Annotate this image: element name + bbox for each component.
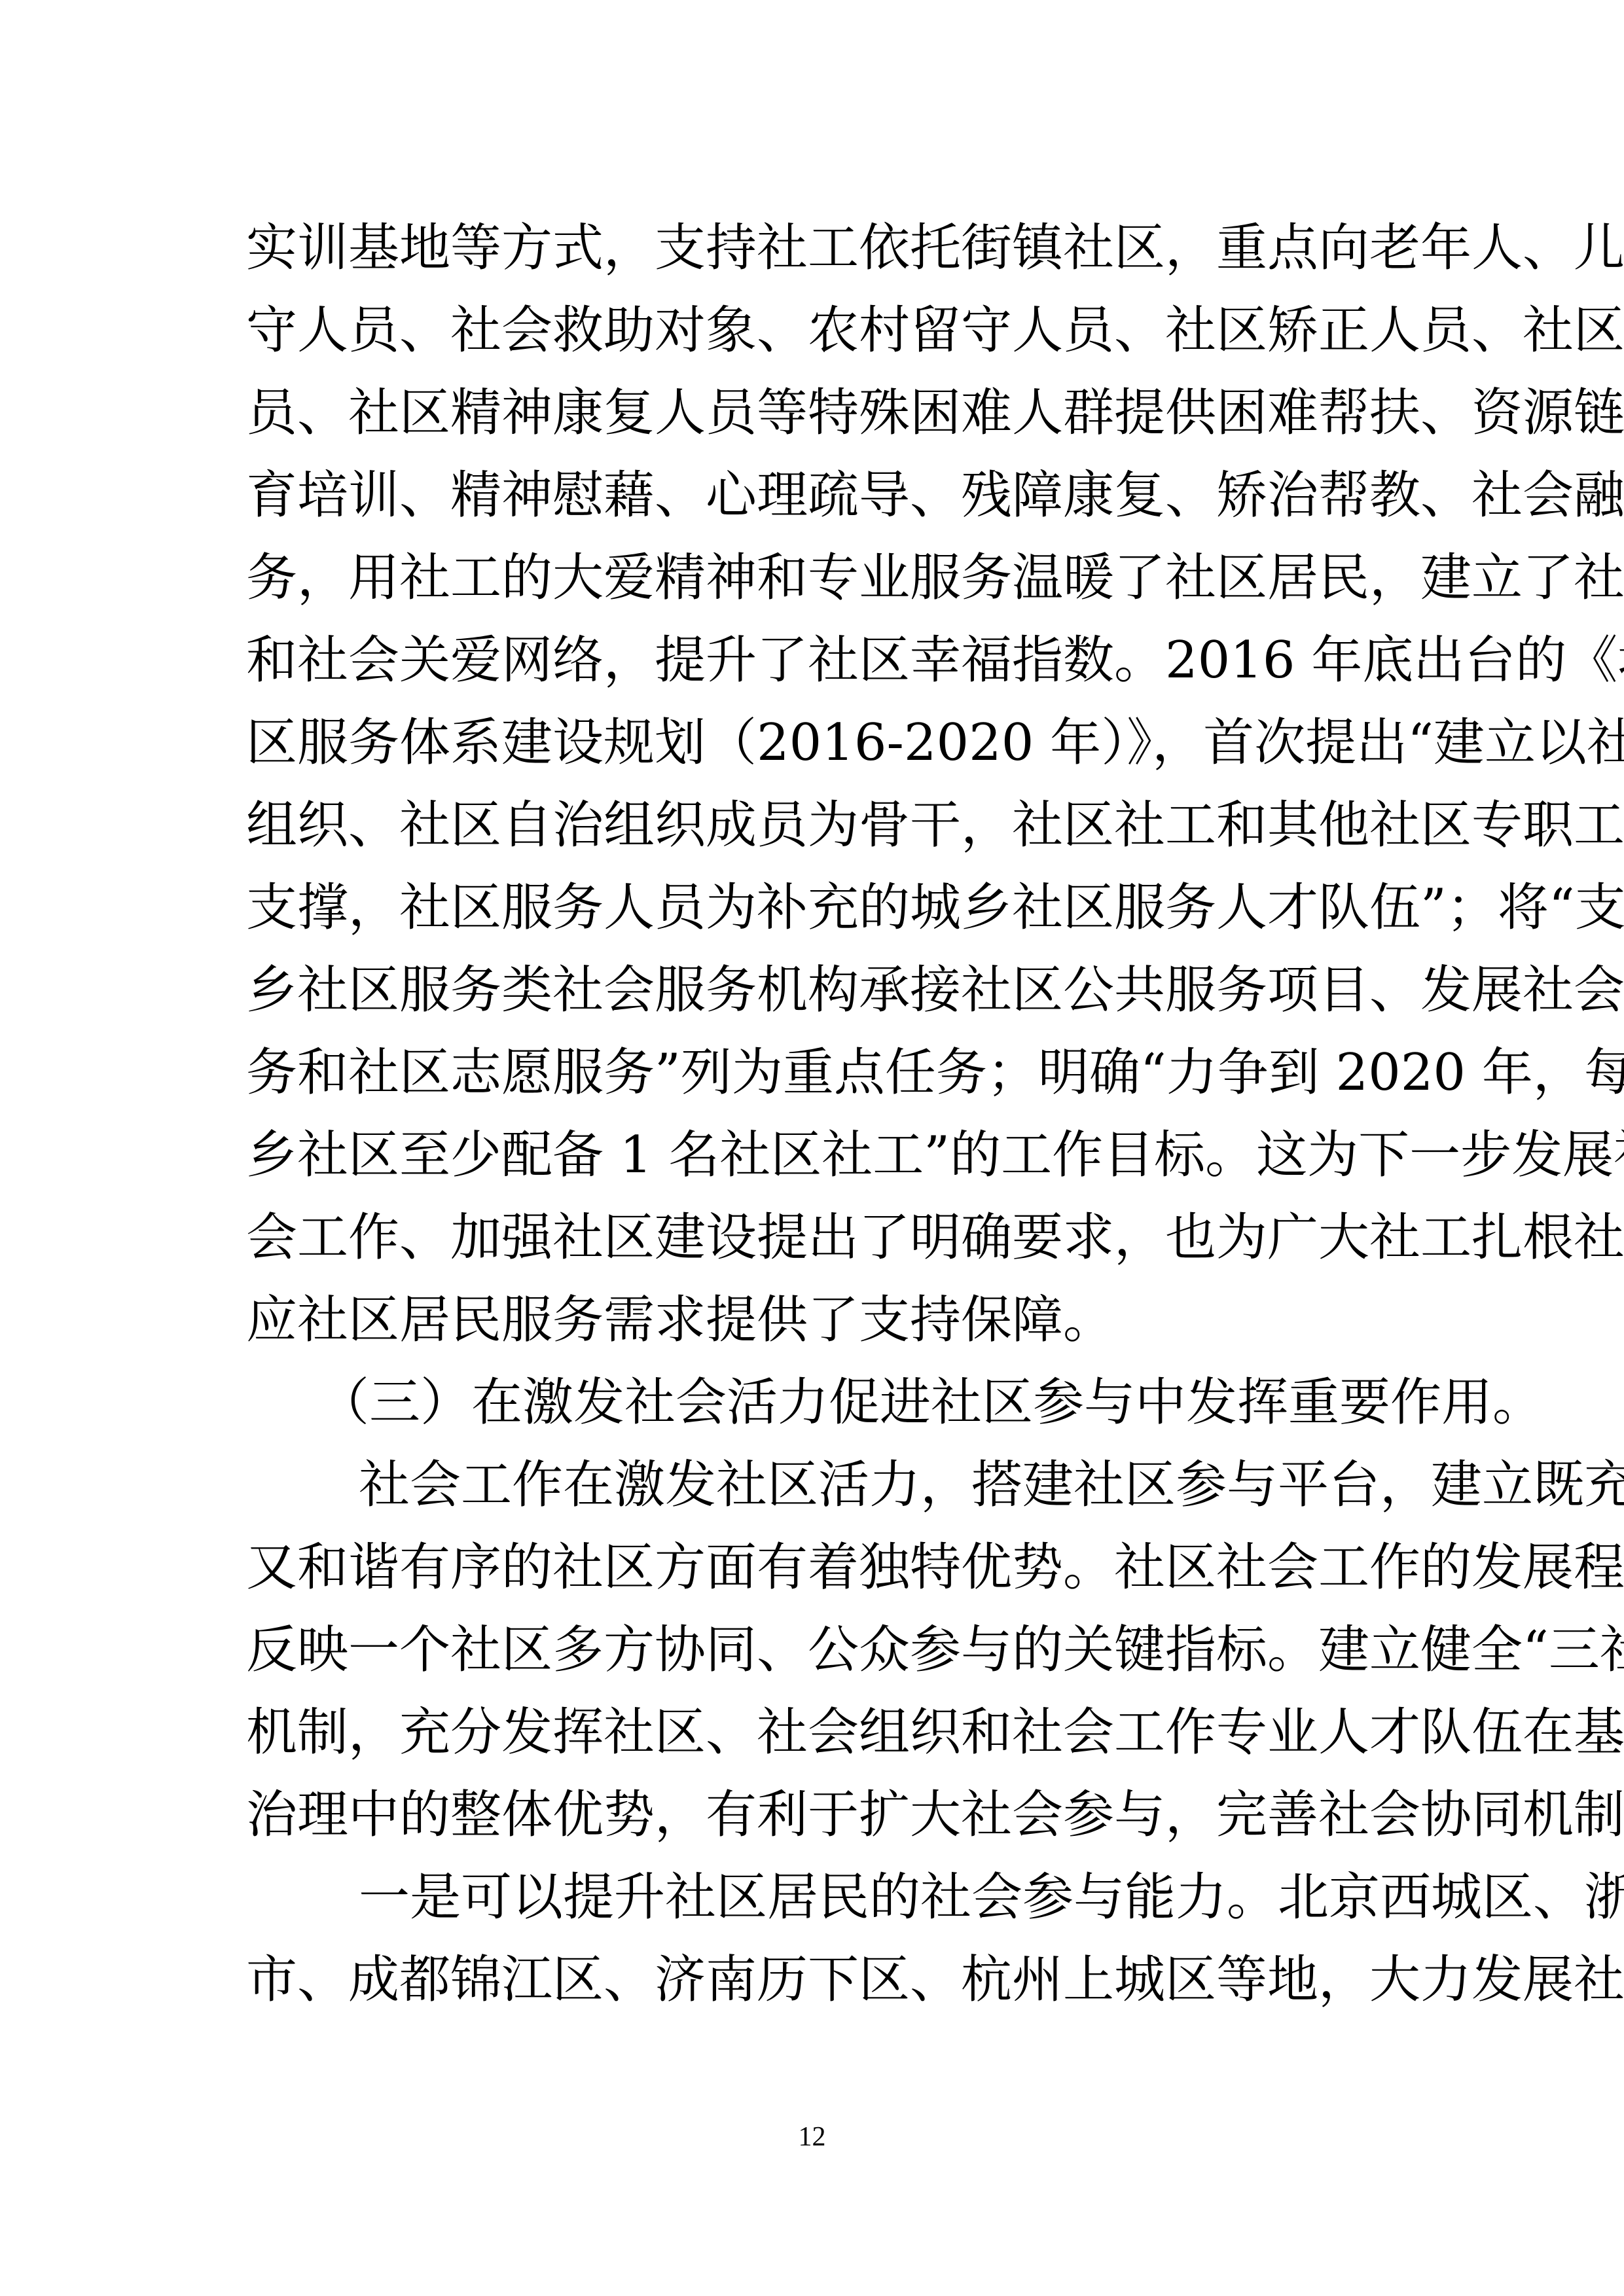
page-body: 实训基地等方式，支持社工依托街镇社区，重点向老年人、儿童、留 守人员、社会救助对… [246,207,1386,2021]
text-line: 区服务体系建设规划（2016-2020 年）》，首次提出“建立以社区党 [246,702,1386,784]
section-heading: （三）在激发社会活力促进社区参与中发挥重要作用。 [246,1361,1386,1444]
text-line: 和社会关爱网络，提升了社区幸福指数。2016 年底出台的《城乡社 [246,619,1386,702]
text-line: 支撑，社区服务人员为补充的城乡社区服务人才队伍”；将“支持城 [246,867,1386,949]
text-line: 反映一个社区多方协同、公众参与的关键指标。建立健全“三社联动” [246,1609,1386,1691]
text-line: 实训基地等方式，支持社工依托街镇社区，重点向老年人、儿童、留 [246,207,1386,289]
text-line: 一是可以提升社区居民的社会参与能力。北京西城区、浙江嘉兴 [246,1856,1386,1939]
text-line: 市、成都锦江区、济南历下区、杭州上城区等地，大力发展社区社会 [246,1939,1386,2021]
text-line: 员、社区精神康复人员等特殊困难人群提供困难帮扶、资源链接、教 [246,372,1386,454]
paragraph: 社会工作在激发社区活力，搭建社区参与平台，建立既充满活力 又和谐有序的社区方面有… [246,1444,1386,1856]
paragraph-continued: 实训基地等方式，支持社工依托街镇社区，重点向老年人、儿童、留 守人员、社会救助对… [246,207,1386,1361]
text-line: 治理中的整体优势，有利于扩大社会参与，完善社会协同机制。 [246,1774,1386,1856]
text-line: 育培训、精神慰藉、心理疏导、残障康复、矫治帮教、社会融入等服 [246,454,1386,537]
text-line: 机制，充分发挥社区、社会组织和社会工作专业人才队伍在基层社会 [246,1691,1386,1774]
document-page: 实训基地等方式，支持社工依托街镇社区，重点向老年人、儿童、留 守人员、社会救助对… [0,0,1624,2296]
text-line: 社会工作在激发社区活力，搭建社区参与平台，建立既充满活力 [246,1444,1386,1526]
text-line: 会工作、加强社区建设提出了明确要求，也为广大社工扎根社区、回 [246,1196,1386,1279]
text-line: 组织、社区自治组织成员为骨干，社区社工和其他社区专职工作者为 [246,784,1386,867]
text-line: 乡社区至少配备 1 名社区社工”的工作目标。这为下一步发展社区社 [246,1114,1386,1196]
text-line: 守人员、社会救助对象、农村留守人员、社区矫正人员、社区戒毒人 [246,289,1386,372]
text-line: 务，用社工的大爱精神和专业服务温暖了社区居民，建立了社区支持 [246,537,1386,619]
text-line: 应社区居民服务需求提供了支持保障。 [246,1279,1386,1361]
text-line: 务和社区志愿服务”列为重点任务；明确“力争到 2020 年，每年城 [246,1031,1386,1114]
paragraph: 一是可以提升社区居民的社会参与能力。北京西城区、浙江嘉兴 市、成都锦江区、济南历… [246,1856,1386,2021]
text-line: 又和谐有序的社区方面有着独特优势。社区社会工作的发展程度也是 [246,1526,1386,1609]
text-line: 乡社区服务类社会服务机构承接社区公共服务项目、发展社会工作服 [246,949,1386,1031]
page-number: 12 [0,2121,1624,2153]
